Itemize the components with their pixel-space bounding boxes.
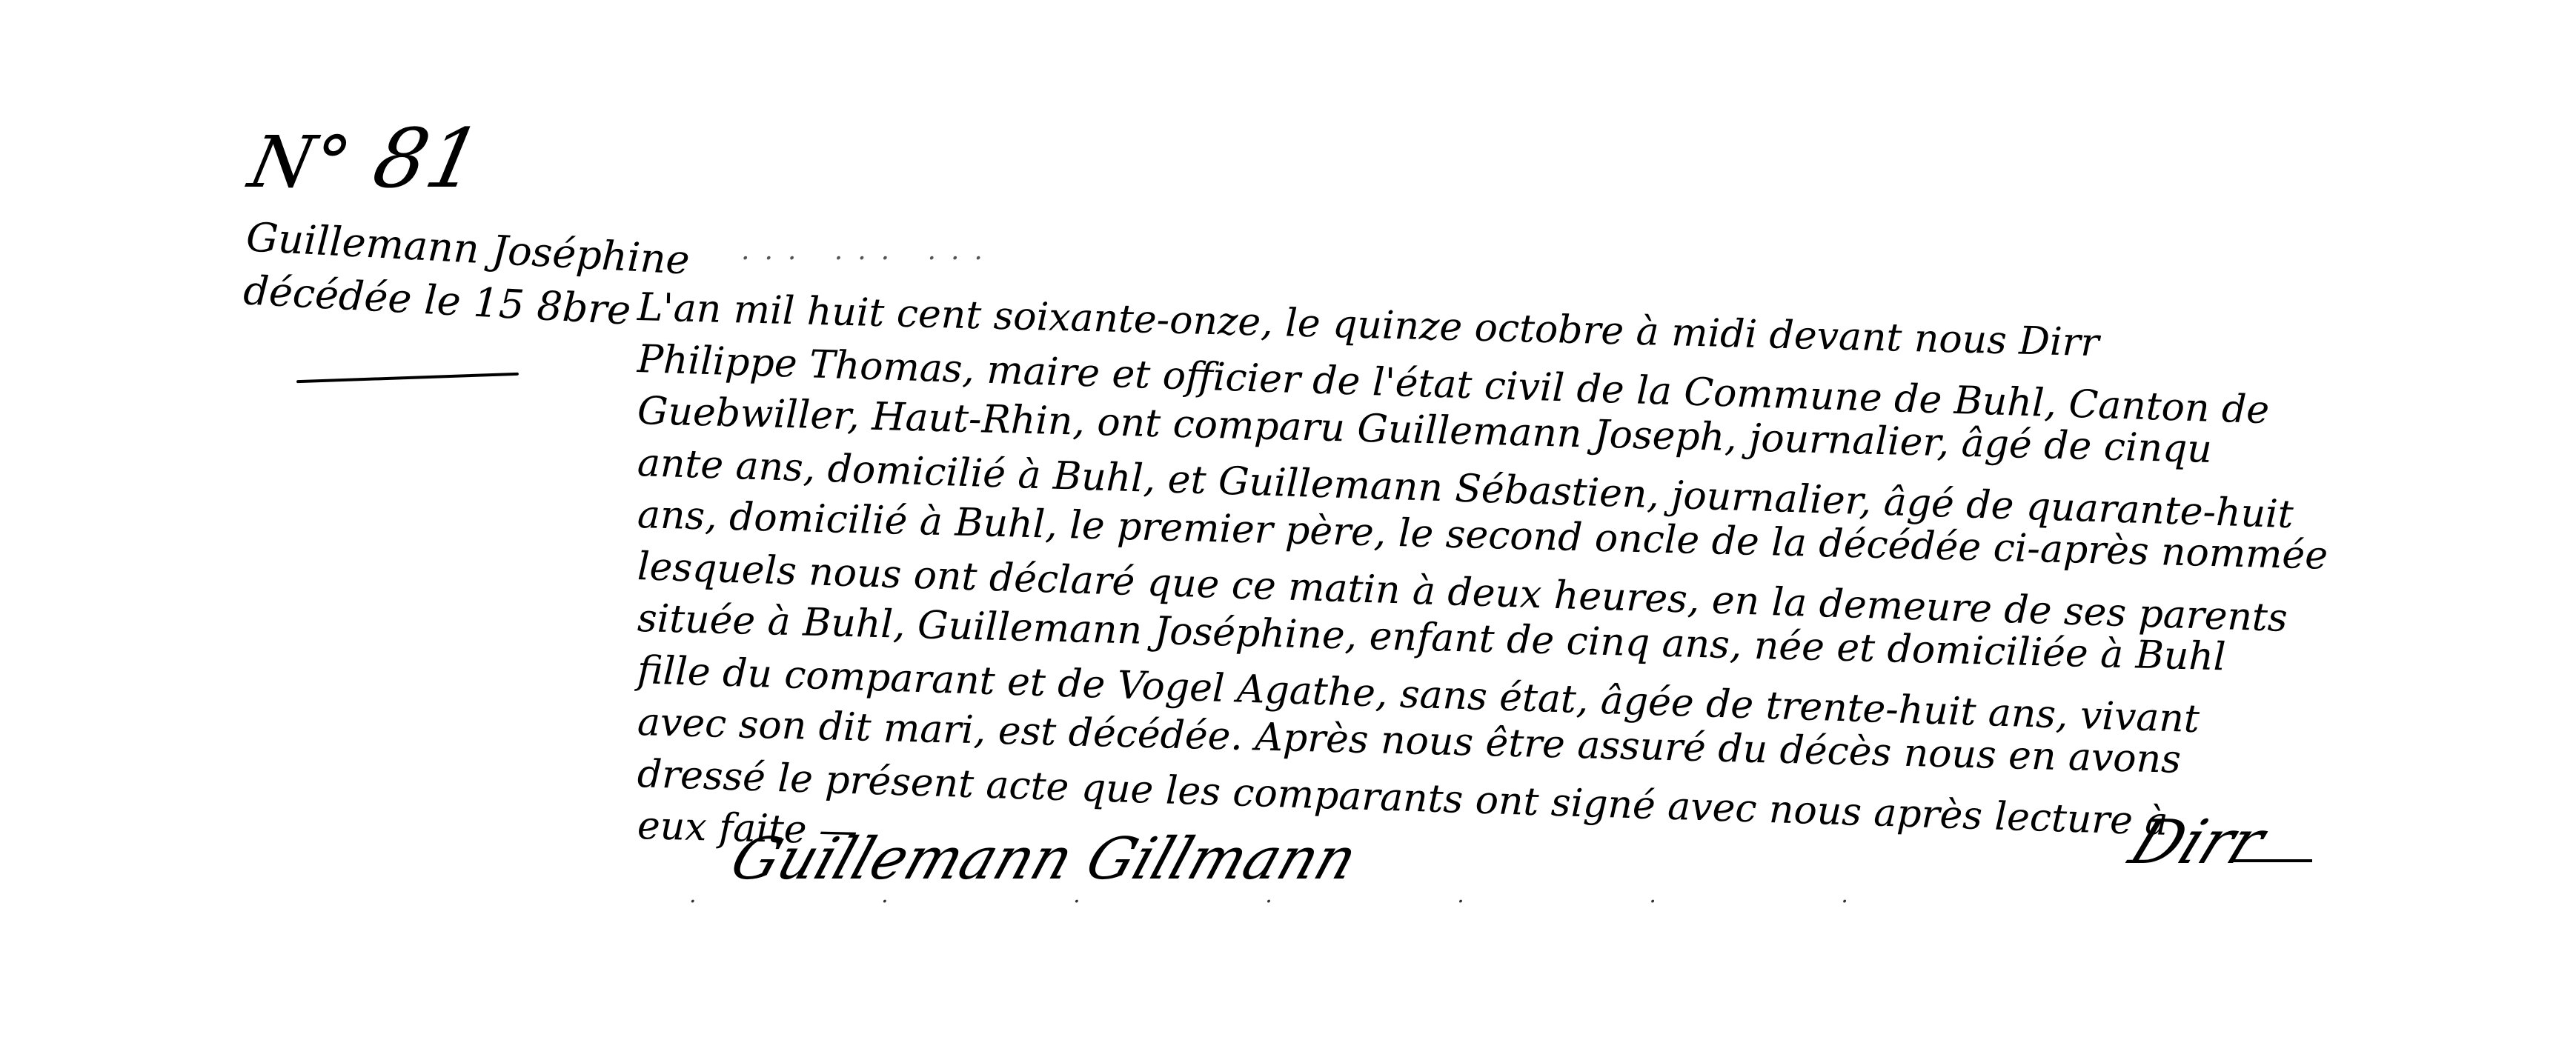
- margin-underline: [296, 373, 519, 383]
- faint-header-text: ... ... ...: [741, 236, 997, 266]
- number-value: 81: [365, 111, 489, 206]
- margin-annotation: Guillemann Joséphine décédée le 15 8bre: [242, 210, 691, 340]
- bottom-faint-text: · · · · · · ·: [689, 889, 1937, 915]
- record-number: N° 81: [242, 111, 489, 206]
- witness-signatures: Guillemann Gillmann: [723, 826, 1365, 893]
- number-prefix: N°: [242, 121, 358, 204]
- record-body: L'an mil huit cent soixante-onze, le qui…: [637, 281, 2320, 852]
- signature-flourish: [2231, 859, 2312, 862]
